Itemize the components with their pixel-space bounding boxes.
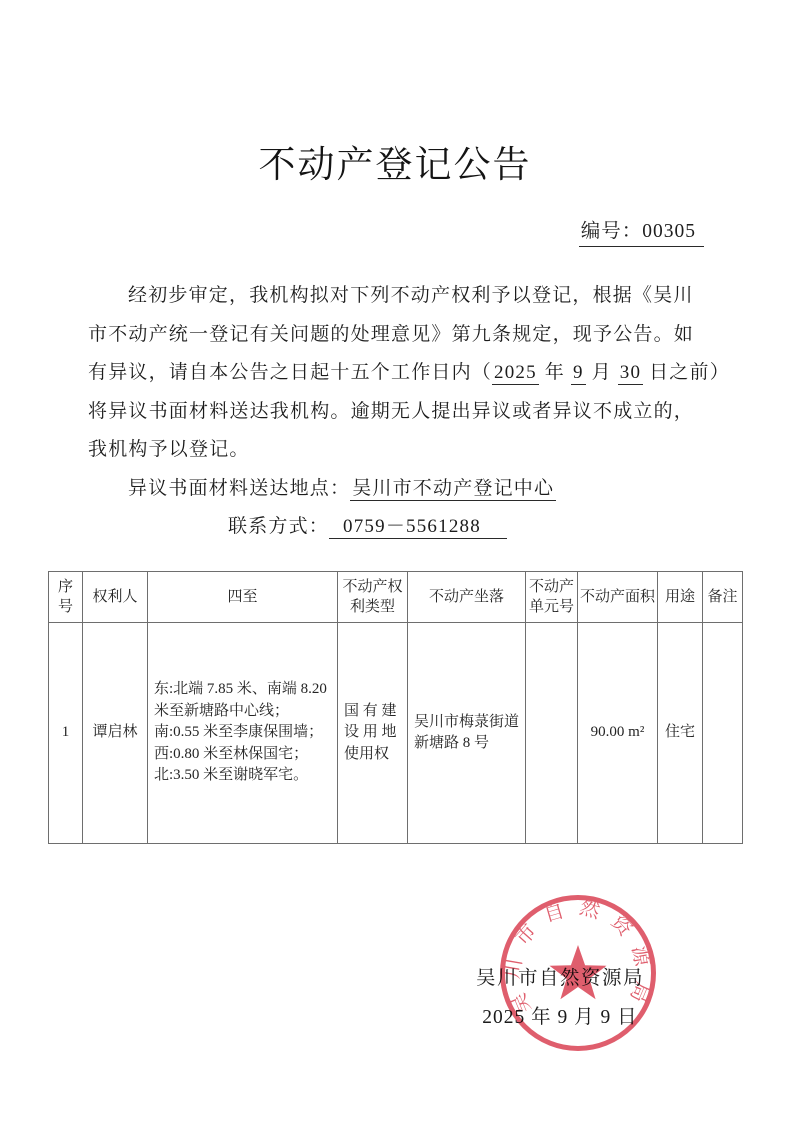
header-seq: 序号 [49, 572, 83, 623]
header-remark: 备注 [703, 572, 743, 623]
page-title: 不动产登记公告 [0, 134, 790, 188]
doc-number: 编号：00305 [579, 215, 704, 247]
deadline-year: 2025 [492, 362, 539, 385]
svg-text:吴川市自然资源局: 吴川市自然资源局 [501, 895, 655, 1017]
body-line-5: 我机构予以登记。 [88, 431, 713, 470]
body-line-4: 将异议书面材料送达我机构。逾期无人提出异议或者异议不成立的， [88, 393, 713, 432]
contact-line: 联系方式：0759－5561288 [88, 508, 713, 547]
body-line-1: 经初步审定，我机构拟对下列不动产权利予以登记，根据《吴川 [88, 277, 713, 316]
signature-organization: 吴川市自然资源局 [410, 962, 710, 990]
doc-number-value: 00305 [642, 221, 696, 242]
delivery-label: 异议书面材料送达地点： [128, 478, 350, 499]
cell-seq: 1 [49, 623, 83, 844]
delivery-address: 吴川市不动产登记中心 [350, 478, 556, 501]
header-usage: 用途 [658, 572, 703, 623]
deadline-prefix: 有异议，请自本公告之日起十五个工作日内（ [88, 362, 492, 383]
body-line-2: 市不动产统一登记有关问题的处理意见》第九条规定，现予公告。如 [88, 316, 713, 355]
deadline-sep2: 月 [586, 362, 618, 383]
registration-table: 序号 权利人 四至 不动产权利类型 不动产坐落 不动产单元号 不动产面积 用途 … [48, 571, 743, 844]
deadline-sep1: 年 [539, 362, 571, 383]
delivery-line: 异议书面材料送达地点：吴川市不动产登记中心 [88, 470, 713, 509]
cell-boundaries: 东:北端 7.85 米、南端 8.20 米至新塘路中心线； 南:0.55 米至李… [148, 623, 338, 844]
doc-number-label: 编号： [581, 221, 643, 242]
header-right-type: 不动产权利类型 [338, 572, 408, 623]
table-header-row: 序号 权利人 四至 不动产权利类型 不动产坐落 不动产单元号 不动产面积 用途 … [49, 572, 743, 623]
cell-right-type: 国 有 建 设 用 地 使用权 [338, 623, 408, 844]
header-location: 不动产坐落 [408, 572, 526, 623]
cell-remark [703, 623, 743, 844]
contact-label: 联系方式： [228, 516, 329, 537]
cell-usage: 住宅 [658, 623, 703, 844]
header-area: 不动产面积 [578, 572, 658, 623]
body-line-3: 有异议，请自本公告之日起十五个工作日内（2025 年 9 月 30 日之前） [88, 354, 713, 393]
cell-holder: 谭启林 [83, 623, 148, 844]
header-unit-no: 不动产单元号 [526, 572, 578, 623]
header-boundaries: 四至 [148, 572, 338, 623]
deadline-month: 9 [571, 362, 586, 385]
deadline-day: 30 [618, 362, 643, 385]
announcement-document: 不动产登记公告 编号：00305 经初步审定，我机构拟对下列不动产权利予以登记，… [0, 0, 790, 1124]
signature-date: 2025 年 9 月 9 日 [410, 1001, 710, 1029]
cell-area: 90.00 m² [578, 623, 658, 844]
table-row: 1 谭启林 东:北端 7.85 米、南端 8.20 米至新塘路中心线； 南:0.… [49, 623, 743, 844]
header-holder: 权利人 [83, 572, 148, 623]
seal-arc-text: 吴川市自然资源局 [501, 895, 655, 1017]
contact-phone: 0759－5561288 [329, 516, 507, 539]
cell-location: 吴川市梅菉街道 新塘路 8 号 [408, 623, 526, 844]
cell-unit-no [526, 623, 578, 844]
announcement-body: 经初步审定，我机构拟对下列不动产权利予以登记，根据《吴川 市不动产统一登记有关问… [88, 277, 713, 547]
deadline-suffix: 日之前） [643, 362, 730, 383]
